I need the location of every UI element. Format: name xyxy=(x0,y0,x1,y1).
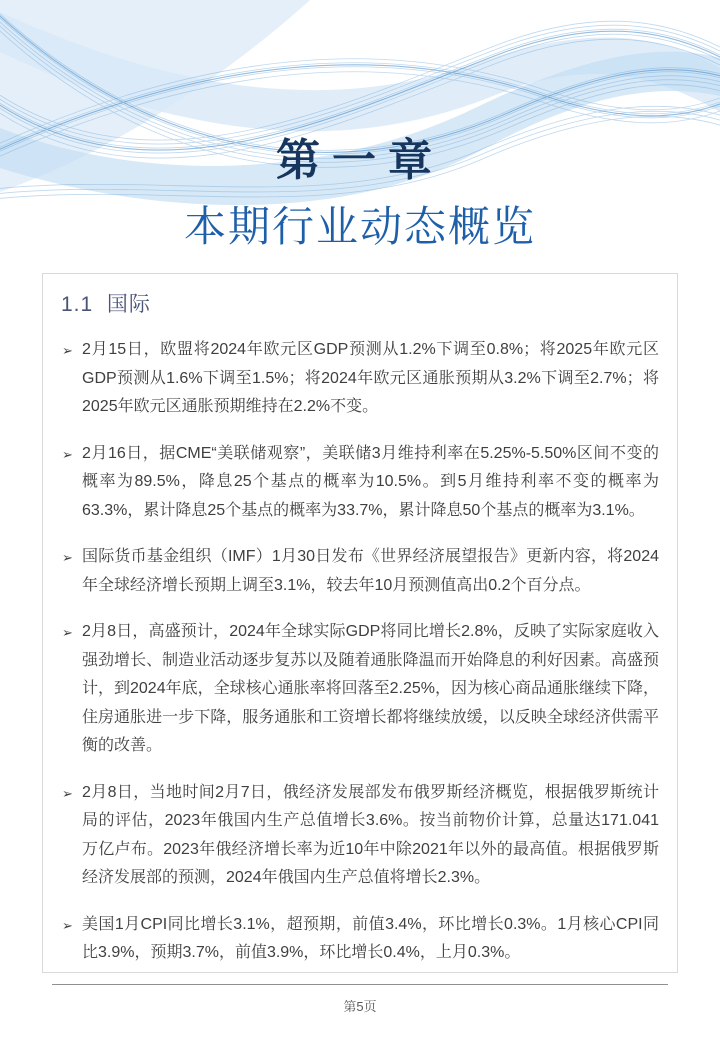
arrow-bullet-icon: ➢ xyxy=(62,619,73,648)
bullet-item: ➢ 2月15日，欧盟将2024年欧元区GDP预测从1.2%下调至0.8%；将20… xyxy=(61,336,659,422)
bullet-text: 2月8日，当地时间2月7日，俄经济发展部发布俄罗斯经济概览，根据俄罗斯统计局的评… xyxy=(82,784,659,887)
bullet-item: ➢ 国际货币基金组织（IMF）1月30日发布《世界经济展望报告》更新内容，将20… xyxy=(61,543,659,600)
bullet-list: ➢ 2月15日，欧盟将2024年欧元区GDP预测从1.2%下调至0.8%；将20… xyxy=(61,336,659,968)
bullet-item: ➢ 美国1月CPI同比增长3.1%，超预期，前值3.4%，环比增长0.3%。1月… xyxy=(61,911,659,968)
bullet-text: 2月16日，据CME“美联储观察”，美联储3月维持利率在5.25%-5.50%区… xyxy=(82,445,659,519)
section-heading: 1.1 国际 xyxy=(61,288,659,318)
arrow-bullet-icon: ➢ xyxy=(62,441,73,470)
bullet-text: 2月15日，欧盟将2024年欧元区GDP预测从1.2%下调至0.8%；将2025… xyxy=(82,341,659,415)
bullet-text: 美国1月CPI同比增长3.1%，超预期，前值3.4%，环比增长0.3%。1月核心… xyxy=(82,916,659,962)
content-box: 1.1 国际 ➢ 2月15日，欧盟将2024年欧元区GDP预测从1.2%下调至0… xyxy=(42,273,678,973)
arrow-bullet-icon: ➢ xyxy=(62,912,73,941)
bullet-item: ➢ 2月8日，高盛预计，2024年全球实际GDP将同比增长2.8%，反映了实际家… xyxy=(61,618,659,761)
chapter-title: 第一章 xyxy=(0,124,720,188)
bullet-item: ➢ 2月8日，当地时间2月7日，俄经济发展部发布俄罗斯经济概览，根据俄罗斯统计局… xyxy=(61,779,659,893)
page-number: 第5页 xyxy=(0,996,720,1015)
bullet-text: 2月8日，高盛预计，2024年全球实际GDP将同比增长2.8%，反映了实际家庭收… xyxy=(82,623,659,754)
chapter-subtitle: 本期行业动态概览 xyxy=(0,194,720,254)
arrow-bullet-icon: ➢ xyxy=(62,780,73,809)
footer-divider xyxy=(52,984,668,985)
bullet-item: ➢ 2月16日，据CME“美联储观察”，美联储3月维持利率在5.25%-5.50… xyxy=(61,440,659,526)
bullet-text: 国际货币基金组织（IMF）1月30日发布《世界经济展望报告》更新内容，将2024… xyxy=(82,548,659,594)
arrow-bullet-icon: ➢ xyxy=(62,337,73,366)
arrow-bullet-icon: ➢ xyxy=(62,544,73,573)
